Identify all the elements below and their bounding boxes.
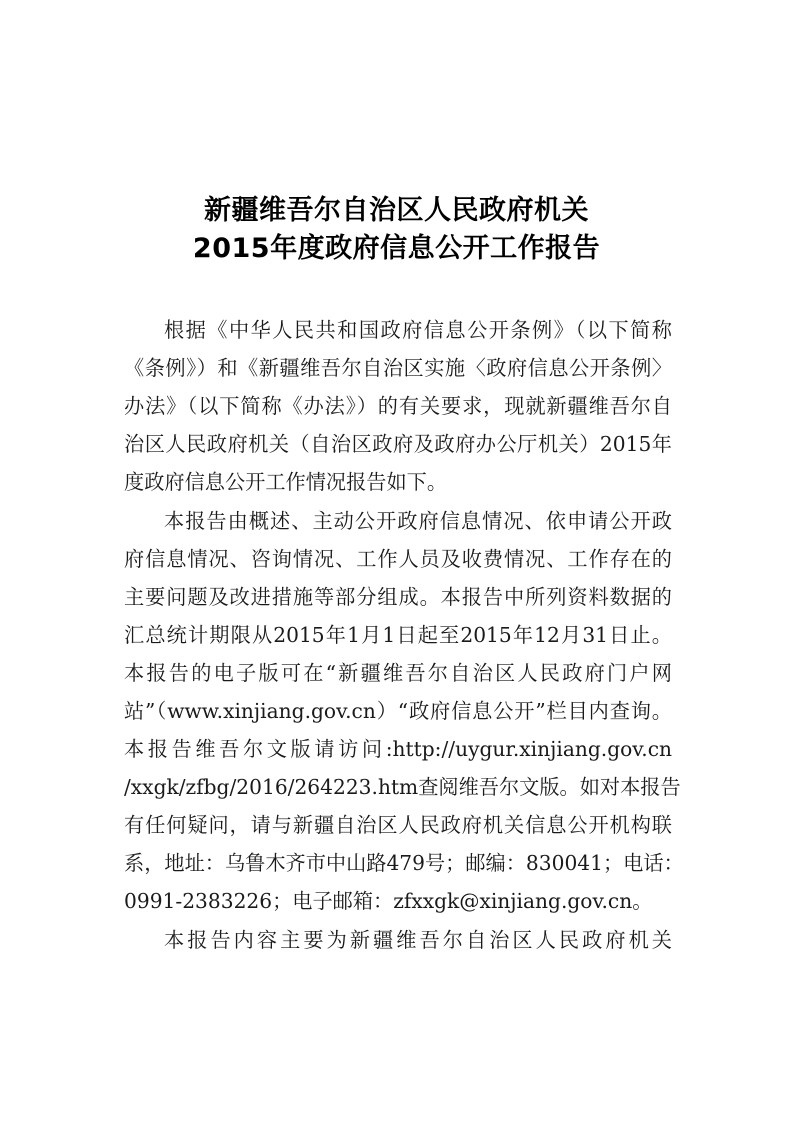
paragraph-2-line-2: 府信息情况、咨询情况、工作人员及收费情况、工作存在的 bbox=[124, 547, 672, 571]
paragraph-2-line-8: /xxgk/zfbg/2016/264223.htm查阅维吾尔文版。如对本报告 bbox=[124, 775, 672, 799]
paragraph-1-line-1: 根据《中华人民共和国政府信息公开条例》（以下简称 bbox=[164, 318, 672, 342]
paragraph-2-line-9: 有任何疑问，请与新疆自治区人民政府机关信息公开机构联 bbox=[124, 813, 672, 837]
paragraph-2-line-6: 站”（www.xinjiang.gov.cn）“政府信息公开”栏目内查询。 bbox=[124, 699, 672, 723]
paragraph-1-line-3: 办法》（以下简称《办法》）的有关要求，现就新疆维吾尔自 bbox=[124, 394, 672, 418]
paragraph-2-line-5: 本报告的电子版可在“新疆维吾尔自治区人民政府门户网 bbox=[124, 661, 672, 685]
document-page: 新疆维吾尔自治区人民政府机关 2015年度政府信息公开工作报告 根据《中华人民共… bbox=[0, 0, 793, 1122]
paragraph-2-line-11: 0991-2383226；电子邮箱：zfxxgk@xinjiang.gov.cn… bbox=[124, 889, 672, 913]
paragraph-1-line-4: 治区人民政府机关（自治区政府及政府办公厅机关）2015年 bbox=[124, 432, 672, 456]
paragraph-1-line-5: 度政府信息公开工作情况报告如下。 bbox=[124, 470, 672, 494]
document-title-line-2: 2015年度政府信息公开工作报告 bbox=[0, 226, 793, 265]
paragraph-3-line-1: 本报告内容主要为新疆维吾尔自治区人民政府机关 bbox=[164, 928, 672, 952]
paragraph-2-line-3: 主要问题及改进措施等部分组成。本报告中所列资料数据的 bbox=[124, 585, 672, 609]
paragraph-2-line-7: 本报告维吾尔文版请访问:http://uygur.xinjiang.gov.cn bbox=[124, 737, 672, 761]
paragraph-2-line-10: 系，地址：乌鲁木齐市中山路479号；邮编：830041；电话： bbox=[124, 851, 672, 875]
paragraph-1-line-2: 《条例》）和《新疆维吾尔自治区实施〈政府信息公开条例〉 bbox=[124, 356, 672, 380]
paragraph-2-line-4: 汇总统计期限从2015年1月1日起至2015年12月31日止。 bbox=[124, 623, 672, 647]
document-title-line-1: 新疆维吾尔自治区人民政府机关 bbox=[0, 188, 793, 227]
paragraph-2-line-1: 本报告由概述、主动公开政府信息情况、依申请公开政 bbox=[164, 509, 672, 533]
